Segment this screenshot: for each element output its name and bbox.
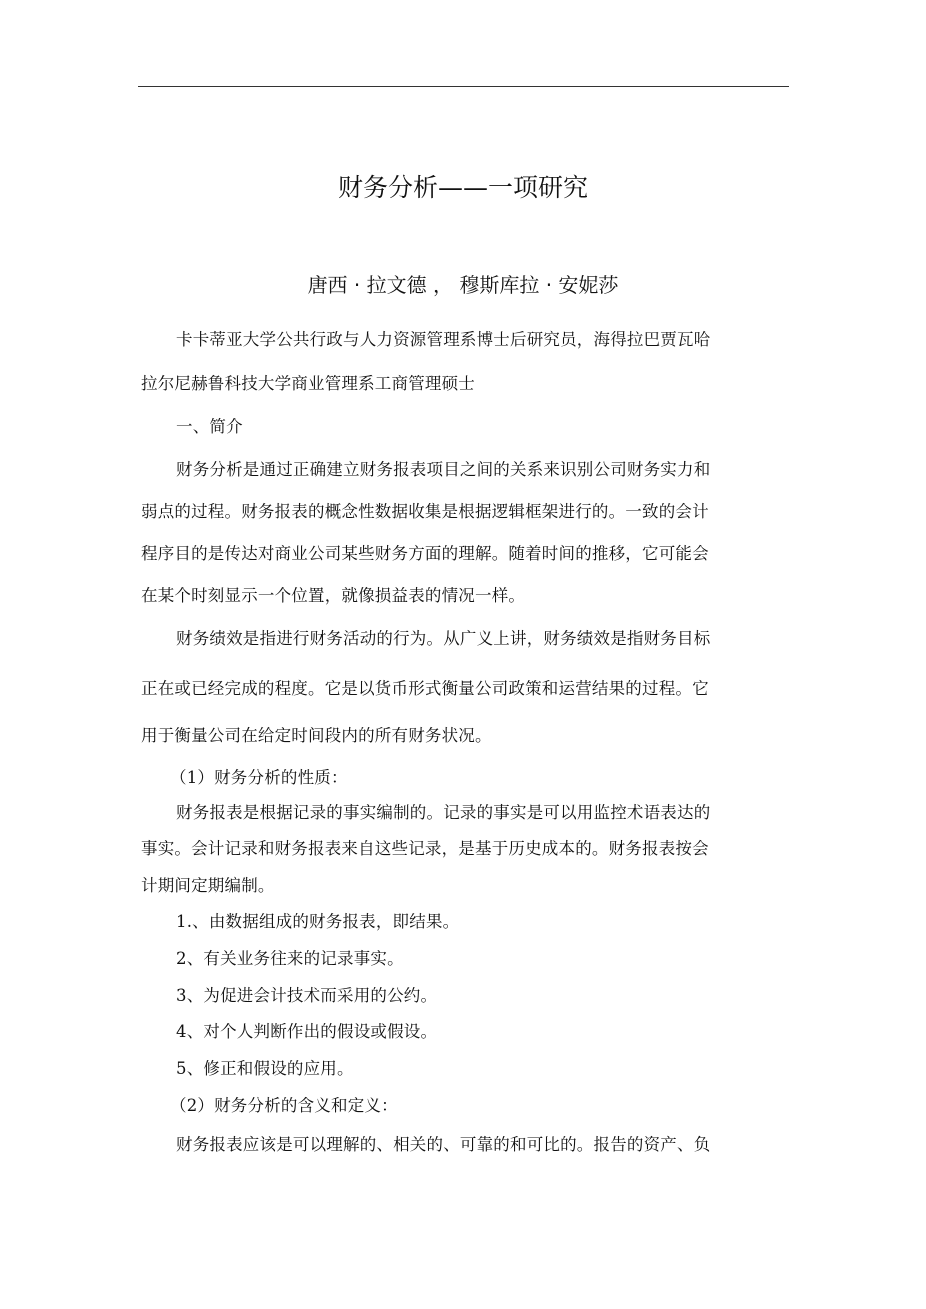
paragraph-line: 弱点的过程。财务报表的概念性数据收集是根据逻辑框架进行的。一致的会计 (141, 498, 709, 522)
list-item: 4、对个人判断作出的假设或假设。 (176, 1018, 437, 1042)
paragraph-line: 财务绩效是指进行财务活动的行为。从广义上讲，财务绩效是指财务目标 (176, 625, 710, 649)
paragraph-line: 正在或已经完成的程度。它是以货币形式衡量公司政策和运营结果的过程。它 (141, 675, 709, 699)
list-item: 3、为促进会计技术而采用的公约。 (176, 982, 437, 1006)
section-heading: 一、简介 (176, 413, 243, 437)
document-title: 财务分析——一项研究 (0, 168, 926, 204)
document-authors: 唐西 · 拉文德 ， 穆斯库拉 · 安妮莎 (0, 269, 926, 298)
paragraph-line: 财务分析是通过正确建立财务报表项目之间的关系来识别公司财务实力和 (176, 456, 710, 480)
paragraph-line: 在某个时刻显示一个位置，就像损益表的情况一样。 (141, 582, 525, 606)
affiliation-line: 卡卡蒂亚大学公共行政与人力资源管理系博士后研究员，海得拉巴贾瓦哈 (176, 326, 710, 350)
subsection-heading: （1）财务分析的性质： (170, 764, 348, 788)
paragraph-line: 用于衡量公司在给定时间段内的所有财务状况。 (141, 722, 492, 746)
list-item: 2、有关业务往来的记录事实。 (176, 945, 404, 969)
paragraph-line: 事实。会计记录和财务报表来自这些记录，是基于历史成本的。财务报表按会 (141, 835, 709, 859)
affiliation-line: 拉尔尼赫鲁科技大学商业管理系工商管理硕士 (141, 370, 475, 394)
paragraph-line: 计期间定期编制。 (141, 872, 275, 896)
list-item: 1.、由数据组成的财务报表，即结果。 (176, 908, 459, 932)
paragraph-line: 程序目的是传达对商业公司某些财务方面的理解。随着时间的推移，它可能会 (141, 540, 709, 564)
subsection-heading: （2）财务分析的含义和定义： (170, 1092, 398, 1116)
paragraph-line: 财务报表是根据记录的事实编制的。记录的事实是可以用监控术语表达的 (176, 799, 710, 823)
header-rule (138, 86, 789, 87)
paragraph-line: 财务报表应该是可以理解的、相关的、可靠的和可比的。报告的资产、负 (176, 1131, 710, 1155)
list-item: 5、修正和假设的应用。 (176, 1055, 354, 1079)
